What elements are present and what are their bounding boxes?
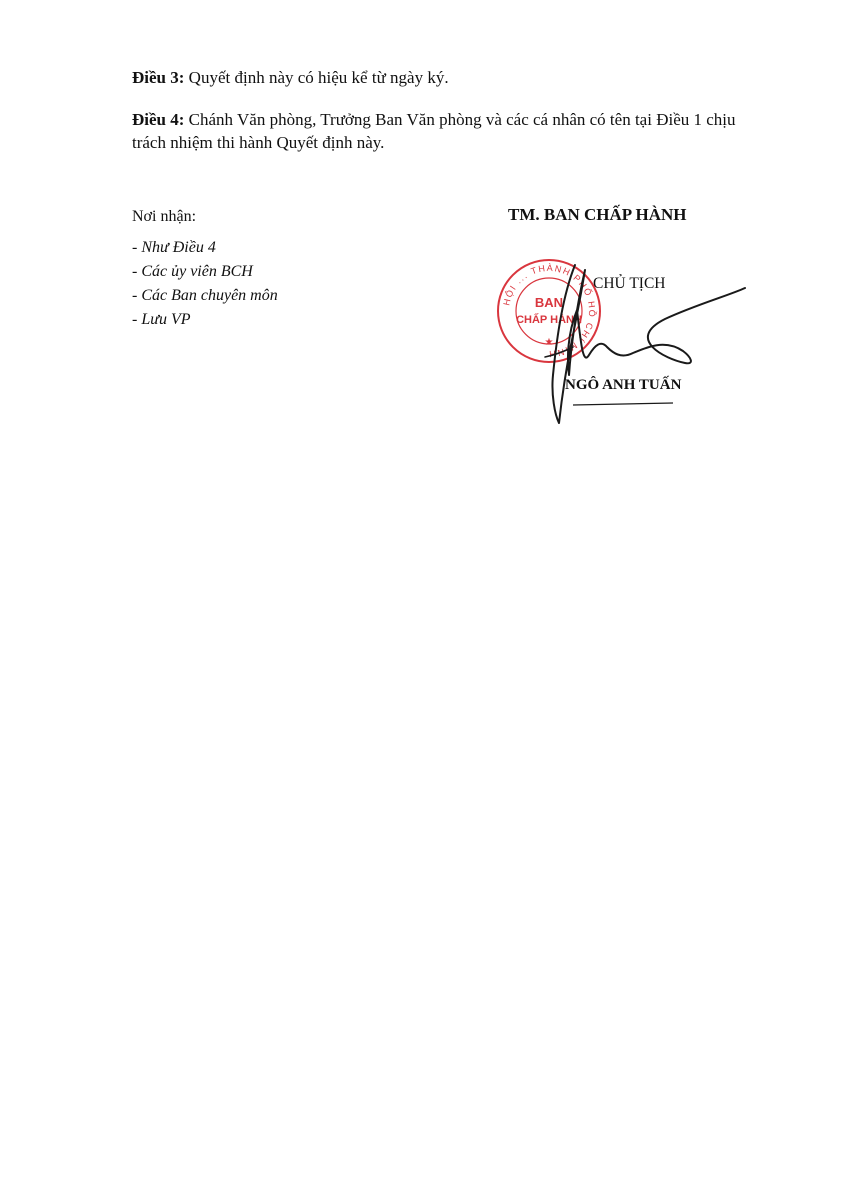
article-4-text: Chánh Văn phòng, Trưởng Ban Văn phòng và… [132, 110, 736, 152]
article-3-text: Quyết định này có hiệu kể từ ngày ký. [184, 68, 448, 87]
signing-organization: TM. BAN CHẤP HÀNH [508, 205, 687, 225]
recipient-item: - Lưu VP [132, 308, 278, 332]
handwritten-signature-icon [515, 255, 755, 425]
recipients-block: Nơi nhận: - Như Điều 4 - Các ủy viên BCH… [132, 205, 278, 332]
article-4: Điều 4: Chánh Văn phòng, Trưởng Ban Văn … [132, 108, 772, 154]
recipient-item: - Các ủy viên BCH [132, 260, 278, 284]
signature-block: TM. BAN CHẤP HÀNH HỘI ... THÀNH PHỐ HỒ C… [495, 205, 755, 425]
article-3-label: Điều 3: [132, 68, 184, 87]
signer-name: NGÔ ANH TUẤN [565, 377, 681, 394]
recipients-title: Nơi nhận: [132, 205, 278, 229]
article-4-label: Điều 4: [132, 110, 184, 129]
recipient-item: - Các Ban chuyên môn [132, 284, 278, 308]
article-3: Điều 3: Quyết định này có hiệu kể từ ngà… [132, 66, 772, 89]
document-page: Điều 3: Quyết định này có hiệu kể từ ngà… [0, 0, 851, 1200]
recipient-item: - Như Điều 4 [132, 236, 278, 260]
